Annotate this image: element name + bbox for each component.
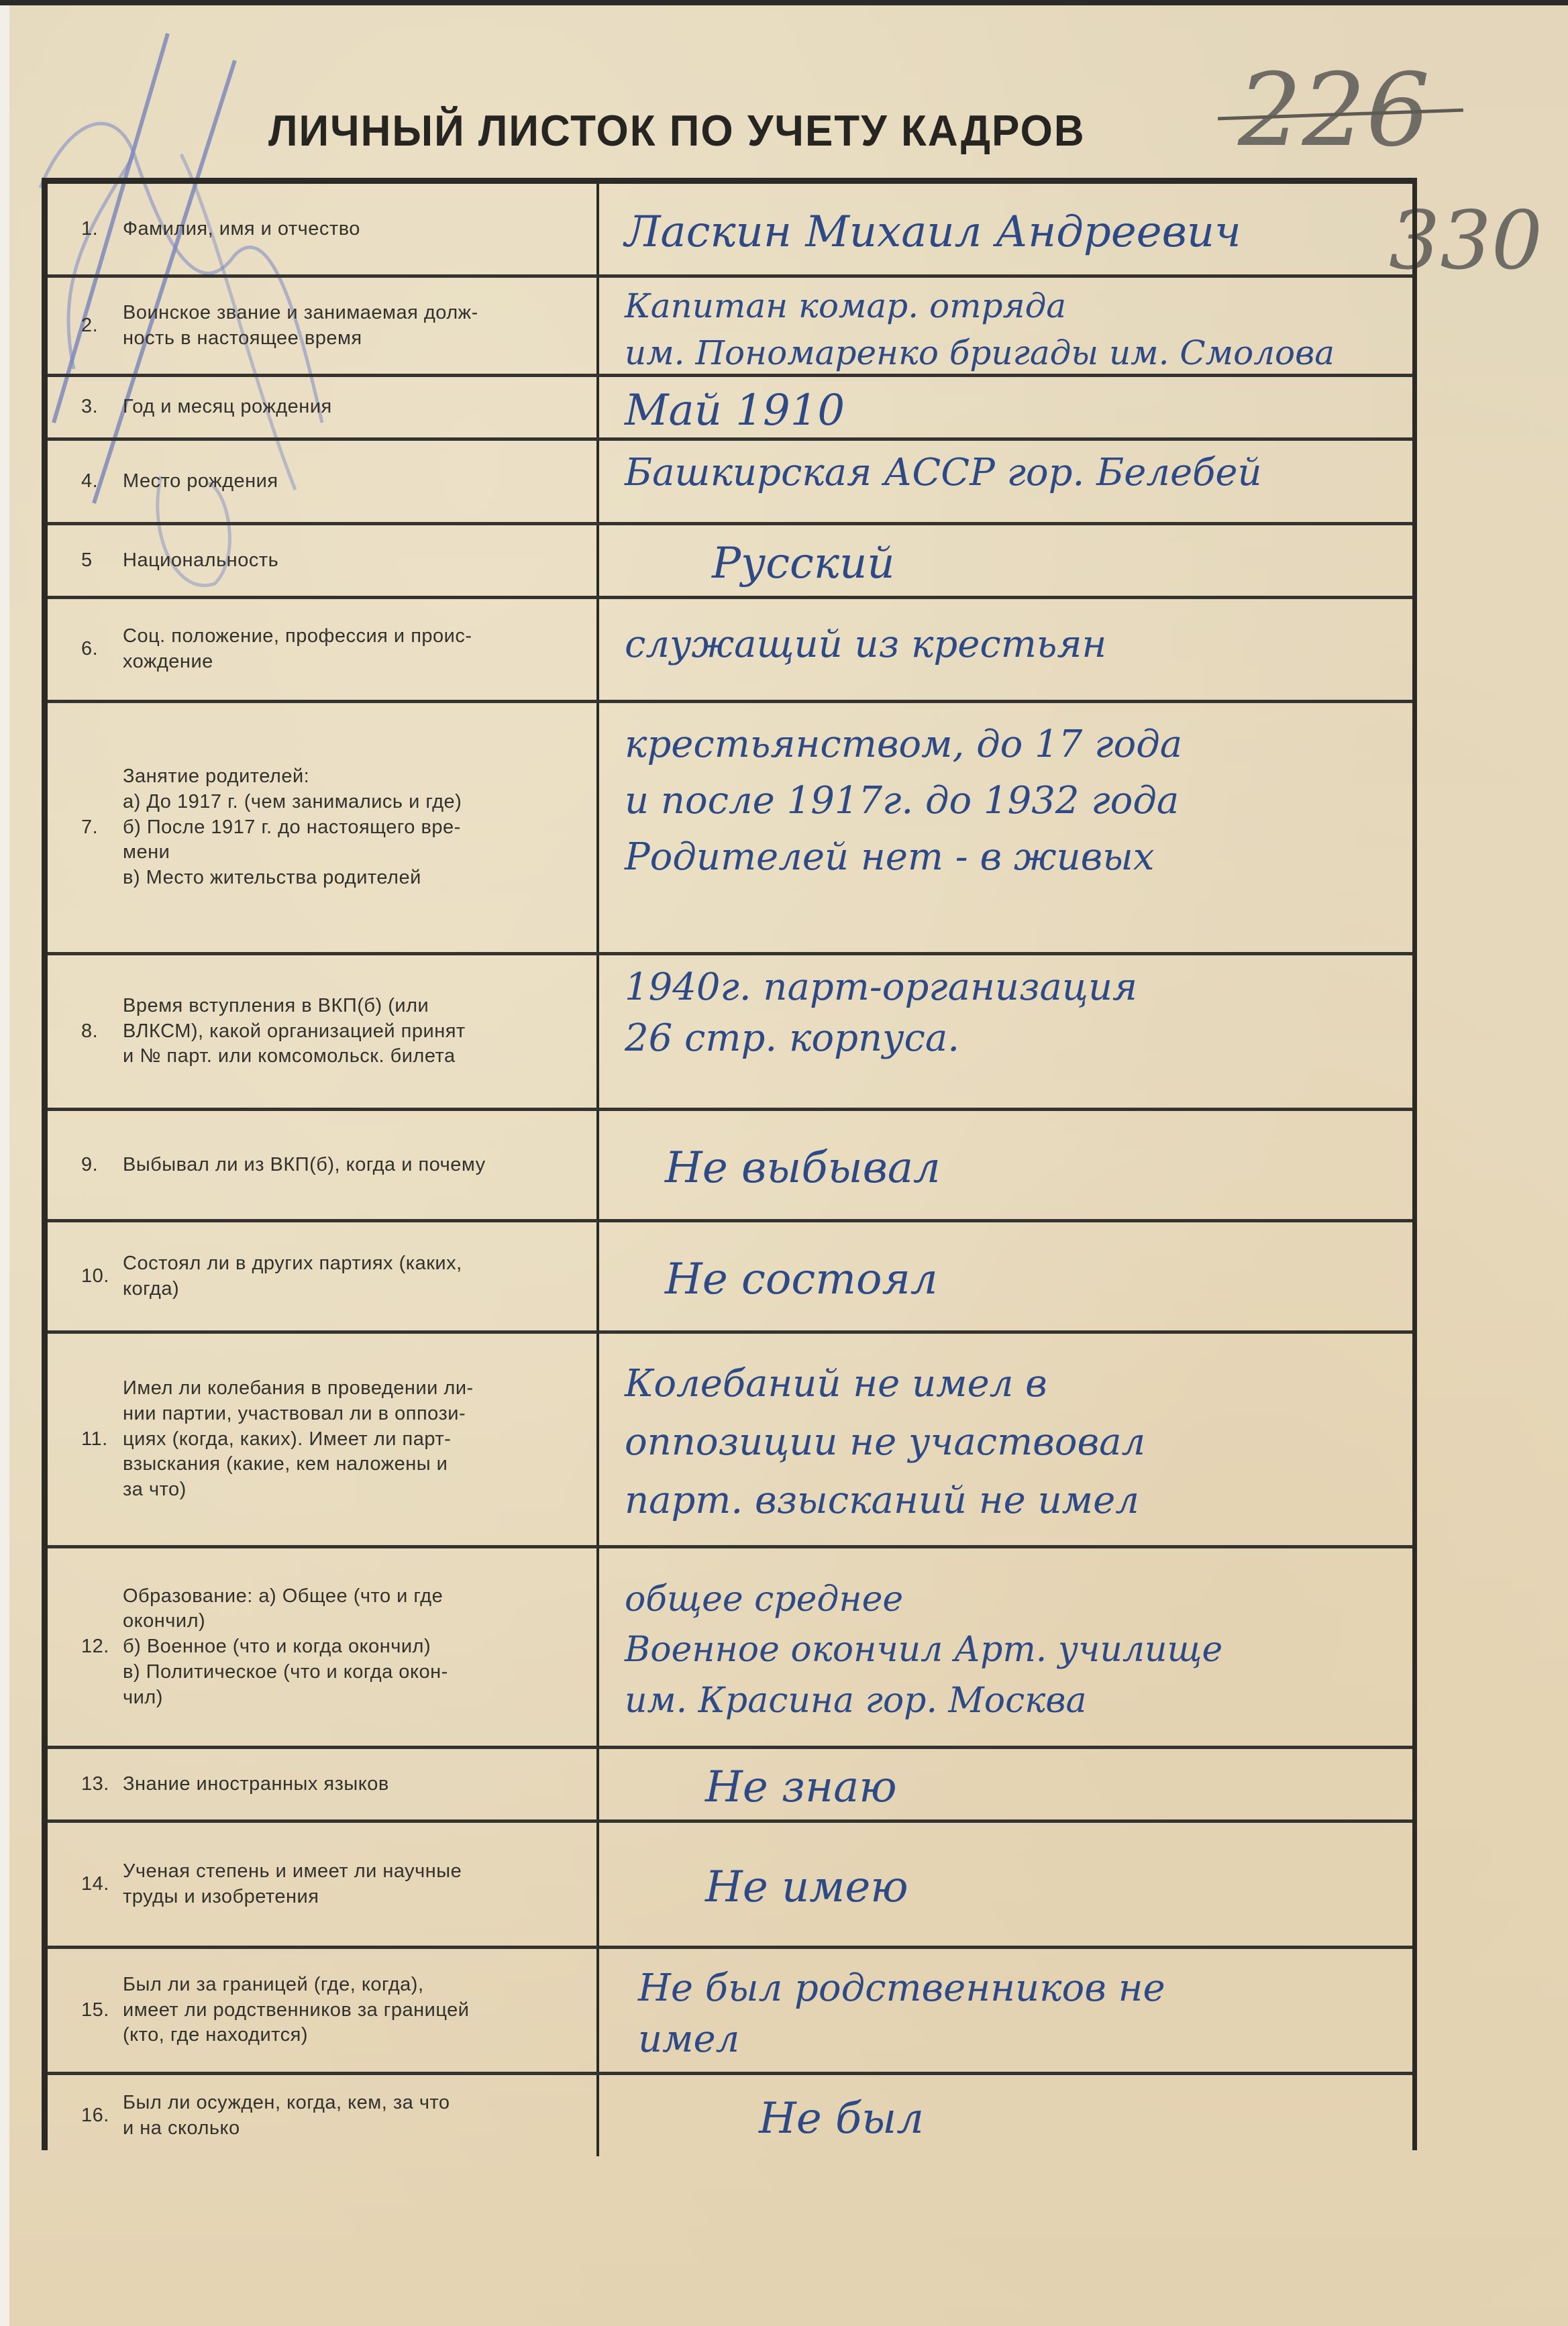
handwritten-answer-other-parties: Не состоял [605, 1222, 1410, 1330]
field-label: 15.Был ли за границей (где, когда), имее… [48, 1949, 591, 2072]
form-row-4: 4.Место рождения Башкирская АССР гор. Бе… [48, 441, 1412, 525]
form-row-5: 5Национальность Русский [48, 525, 1412, 599]
form-row-11: 11.Имел ли колебания в проведении ли- ни… [48, 1334, 1412, 1548]
form-row-10: 10.Состоял ли в других партиях (каких, к… [48, 1222, 1412, 1334]
handwritten-answer-nationality: Русский [605, 525, 1410, 596]
handwritten-answer-abroad: Не был родственников не имел [605, 1949, 1410, 2072]
form-row-1: 1.Фамилия, имя и отчество Ласкин Михаил … [48, 184, 1412, 278]
form-row-13: 13.Знание иностранных языков Не знаю [48, 1749, 1412, 1823]
form-row-12: 12.Образование: а) Общее (что и где окон… [48, 1548, 1412, 1749]
handwritten-answer-social-status: служащий из крестьян [605, 599, 1410, 700]
scan-left-edge [0, 5, 9, 2326]
handwritten-answer-education: общее среднее Военное окончил Арт. учили… [605, 1548, 1410, 1746]
personnel-form-table: 1.Фамилия, имя и отчество Ласкин Михаил … [42, 178, 1417, 2150]
handwritten-answer-party-membership: 1940г. парт-организация 26 стр. корпуса. [605, 955, 1410, 1108]
form-row-9: 9.Выбывал ли из ВКП(б), когда и почему Н… [48, 1111, 1412, 1222]
field-label: 9.Выбывал ли из ВКП(б), когда и почему [48, 1111, 591, 1219]
form-row-14: 14.Ученая степень и имеет ли научные тру… [48, 1823, 1412, 1949]
field-label: 16.Был ли осужден, когда, кем, за что и … [48, 2075, 591, 2156]
document-title: ЛИЧНЫЙ ЛИСТОК ПО УЧЕТУ КАДРОВ [268, 106, 1221, 156]
handwritten-answer-languages: Не знаю [605, 1749, 1410, 1819]
handwritten-answer-opposition: Колебаний не имел в оппозиции не участво… [605, 1334, 1410, 1545]
pencil-number-struck: 226 [1238, 60, 1430, 161]
form-row-3: 3.Год и месяц рождения Май 1910 [48, 377, 1412, 441]
form-row-15: 15.Был ли за границей (где, когда), имее… [48, 1949, 1412, 2075]
handwritten-answer-degree: Не имею [605, 1823, 1410, 1946]
field-label: 13.Знание иностранных языков [48, 1749, 591, 1819]
handwritten-answer-full-name: Ласкин Михаил Андреевич [605, 184, 1410, 274]
field-label: 11.Имел ли колебания в проведении ли- ни… [48, 1334, 591, 1545]
handwritten-answer-parents: крестьянством, до 17 года и после 1917г.… [605, 703, 1410, 952]
field-label: 4.Место рождения [48, 441, 591, 522]
form-row-2: 2.Воинское звание и занимаемая долж- нос… [48, 278, 1412, 377]
field-label: 12.Образование: а) Общее (что и где окон… [48, 1548, 591, 1746]
form-row-16: 16.Был ли осужден, когда, кем, за что и … [48, 2075, 1412, 2156]
field-label: 3.Год и месяц рождения [48, 377, 591, 437]
field-label: 10.Состоял ли в других партиях (каких, к… [48, 1222, 591, 1330]
handwritten-answer-birth-date: Май 1910 [605, 377, 1410, 437]
handwritten-answer-convicted: Не был [605, 2075, 1410, 2156]
field-label: 8.Время вступления в ВКП(б) (или ВЛКСМ),… [48, 955, 591, 1108]
field-label: 6.Соц. положение, профессия и проис- хож… [48, 599, 591, 700]
form-row-6: 6.Соц. положение, профессия и проис- хож… [48, 599, 1412, 703]
scan-top-edge [0, 0, 1568, 5]
field-label: 5Национальность [48, 525, 591, 596]
field-label: 1.Фамилия, имя и отчество [48, 184, 591, 274]
field-label: 14.Ученая степень и имеет ли научные тру… [48, 1823, 591, 1946]
handwritten-answer-expelled: Не выбывал [605, 1111, 1410, 1219]
form-row-7: 7.Занятие родителей: а) До 1917 г. (чем … [48, 703, 1412, 955]
form-row-8: 8.Время вступления в ВКП(б) (или ВЛКСМ),… [48, 955, 1412, 1111]
handwritten-answer-birthplace: Башкирская АССР гор. Белебей [605, 441, 1410, 522]
field-label: 2.Воинское звание и занимаемая долж- нос… [48, 278, 591, 374]
handwritten-answer-rank-position: Капитан комар. отряда им. Пономаренко бр… [605, 278, 1410, 374]
field-label: 7.Занятие родителей: а) До 1917 г. (чем … [48, 703, 591, 952]
